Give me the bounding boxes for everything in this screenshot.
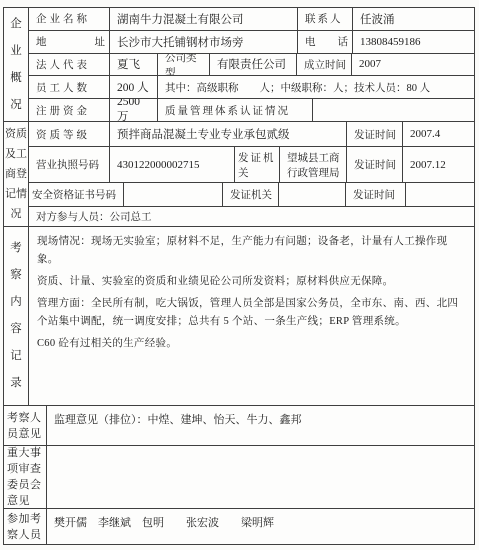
inspection-body: 现场情况：现场无实验室；原材料不足，生产能力有问题；设备老，计量有人工操作现象。…	[29, 227, 474, 405]
legal-rep-value: 夏飞	[110, 54, 158, 76]
counterpart-participants-row: 对方参与人员：公司总工	[29, 207, 474, 226]
contact-value: 任波涌	[353, 8, 474, 30]
participants-row: 樊开儒 李继斌 包明 张宏波 梁明辉	[47, 509, 474, 544]
quality-cert-value	[313, 99, 474, 121]
committee-opinion-body	[47, 446, 474, 508]
company-name-field-label: 企业名称	[29, 8, 110, 30]
company-address-row: 地 址 长沙市大托铺钢材市场旁 电 话 13808459186	[29, 31, 474, 54]
staff-detail: 其中：高级职称 人；中级职称：人；技术人员：80 人	[158, 76, 474, 98]
inspection-paragraph-site: 现场情况：现场无实验室；原材料不足，生产能力有问题；设备老，计量有人工操作现象。	[37, 233, 468, 269]
contact-field-label: 联系人	[298, 8, 353, 30]
inspector-opinion-label: 考察人员意见	[4, 406, 47, 445]
address-field-label-text: 地 址	[36, 34, 105, 49]
license-issuing-organ-label: 发证机关	[235, 147, 280, 182]
registration-section-label: 资质及工商登记情况	[4, 122, 29, 226]
inspection-notes-content: 现场情况：现场无实验室；原材料不足，生产能力有问题；设备老，计量有人工操作现象。…	[29, 227, 474, 357]
grade-issue-time-label: 发证时间	[347, 122, 403, 146]
participants-label: 参加考察人员	[4, 509, 47, 544]
company-name-row: 企业名称 湖南牛力混凝土有限公司 联系人 任波涌	[29, 8, 474, 31]
capital-value: 2500 万	[110, 99, 158, 121]
qualification-grade-row: 资质等级 预拌商品混凝土专业专业承包贰级 发证时间 2007.4	[29, 122, 474, 147]
safety-cert-field-label: 安全资格证书号码	[29, 183, 124, 206]
staff-value: 200 人	[110, 76, 158, 98]
section-committee-opinion: 重大事项审查委员会意见	[4, 446, 474, 509]
company-name-value: 湖南牛力混凝土有限公司	[110, 8, 298, 30]
capital-field-label: 注册资金	[29, 99, 110, 121]
safety-cert-value	[124, 183, 223, 206]
inspection-paragraph-qualification: 资质、计量、实验室的资质和业绩见砼公司所发资料；原材料供应无保障。	[37, 273, 468, 291]
license-issue-time-value: 2007.12	[403, 147, 474, 182]
inspector-opinion-label-text: 考察人员意见	[4, 410, 46, 442]
founded-field-label: 成立时间	[297, 54, 352, 76]
license-field-label: 营业执照号码	[29, 147, 110, 182]
committee-opinion-label-text: 重大事项审查委员会意见	[4, 445, 46, 509]
counterpart-participants-note: 对方参与人员：公司总工	[29, 207, 474, 226]
license-issue-time-label: 发证时间	[347, 147, 403, 182]
registered-capital-row: 注册资金 2500 万 质量管理体系认证情况	[29, 99, 474, 121]
participants-value: 樊开儒 李继斌 包明 张宏波 梁明辉	[47, 509, 474, 544]
staff-field-label: 员工人数	[29, 76, 110, 98]
company-profile-section-label-text: 企业概况	[10, 11, 23, 119]
safety-certificate-row: 安全资格证书号码 发证机关 发证时间	[29, 183, 474, 207]
phone-value: 13808459186	[353, 31, 474, 53]
inspection-section-label-text: 考察内容记录	[10, 235, 23, 397]
inspector-opinion-body: 监理意见（排位）：中煌、建坤、怡天、牛力、鑫邦	[47, 406, 474, 445]
section-participants: 参加考察人员 樊开儒 李继斌 包明 张宏波 梁明辉	[4, 509, 474, 544]
staff-count-row: 员工人数 200 人 其中：高级职称 人；中级职称：人；技术人员：80 人	[29, 76, 474, 99]
inspector-opinion-value: 监理意见（排位）：中煌、建坤、怡天、牛力、鑫邦	[47, 406, 474, 445]
inspection-record-table: 企业概况 企业名称 湖南牛力混凝土有限公司 联系人 任波涌 地 址 长沙市大托铺…	[3, 7, 475, 545]
grade-issue-time-value: 2007.4	[403, 122, 474, 146]
company-type-value: 有限责任公司	[210, 54, 297, 76]
company-profile-section-label: 企业概况	[4, 8, 29, 121]
inspection-section-label: 考察内容记录	[4, 227, 29, 405]
legal-representative-row: 法人代表 夏飞 公司类型 有限责任公司 成立时间 2007	[29, 54, 474, 77]
participants-label-text: 参加考察人员	[4, 511, 46, 543]
committee-opinion-row	[47, 446, 474, 508]
scanned-inspection-form: 企业概况 企业名称 湖南牛力混凝土有限公司 联系人 任波涌 地 址 长沙市大托铺…	[0, 0, 479, 550]
grade-field-label: 资质等级	[29, 122, 110, 146]
legal-rep-field-label: 法人代表	[29, 54, 110, 76]
committee-opinion-label: 重大事项审查委员会意见	[4, 446, 47, 508]
committee-opinion-value	[47, 446, 474, 508]
inspector-opinion-row: 监理意见（排位）：中煌、建坤、怡天、牛力、鑫邦	[47, 406, 474, 445]
company-type-field-label: 公司类型	[158, 54, 210, 76]
registration-section-label-text: 资质及工商登记情况	[4, 124, 28, 224]
inspection-paragraph-management: 管理方面：全民所有制，吃大锅饭，管理人员全部是国家公务员，全市东、南、西、北四个…	[37, 295, 468, 331]
safety-issuing-organ-label: 发证机关	[223, 183, 279, 206]
registration-body: 资质等级 预拌商品混凝土专业专业承包贰级 发证时间 2007.4 营业执照号码 …	[29, 122, 474, 226]
participants-body: 樊开儒 李继斌 包明 张宏波 梁明辉	[47, 509, 474, 544]
company-profile-body: 企业名称 湖南牛力混凝土有限公司 联系人 任波涌 地 址 长沙市大托铺钢材市场旁…	[29, 8, 474, 121]
address-value: 长沙市大托铺钢材市场旁	[110, 31, 298, 53]
quality-cert-field-label: 质量管理体系认证情况	[158, 99, 313, 121]
grade-value: 预拌商品混凝土专业专业承包贰级	[110, 122, 347, 146]
license-issuing-organ-value: 望城县工商行政管理局	[280, 147, 347, 182]
business-license-row: 营业执照号码 430122000002715 发证机关 望城县工商行政管理局 发…	[29, 147, 474, 183]
license-number-value: 430122000002715	[110, 147, 235, 182]
section-inspector-opinion: 考察人员意见 监理意见（排位）：中煌、建坤、怡天、牛力、鑫邦	[4, 406, 474, 446]
safety-issue-time-value	[406, 183, 474, 206]
safety-issuing-organ-value	[279, 183, 346, 206]
safety-issue-time-label: 发证时间	[346, 183, 406, 206]
phone-field-label: 电 话	[298, 31, 353, 53]
section-inspection-notes: 考察内容记录 现场情况：现场无实验室；原材料不足，生产能力有问题；设备老，计量有…	[4, 227, 474, 406]
address-field-label: 地 址	[29, 31, 110, 53]
phone-field-label-text: 电 话	[305, 34, 348, 49]
founded-value: 2007	[352, 54, 474, 76]
section-registration: 资质及工商登记情况 资质等级 预拌商品混凝土专业专业承包贰级 发证时间 2007…	[4, 122, 474, 227]
inspection-paragraph-experience: C60 砼有过相关的生产经验。	[37, 335, 468, 353]
section-company-profile: 企业概况 企业名称 湖南牛力混凝土有限公司 联系人 任波涌 地 址 长沙市大托铺…	[4, 8, 474, 122]
